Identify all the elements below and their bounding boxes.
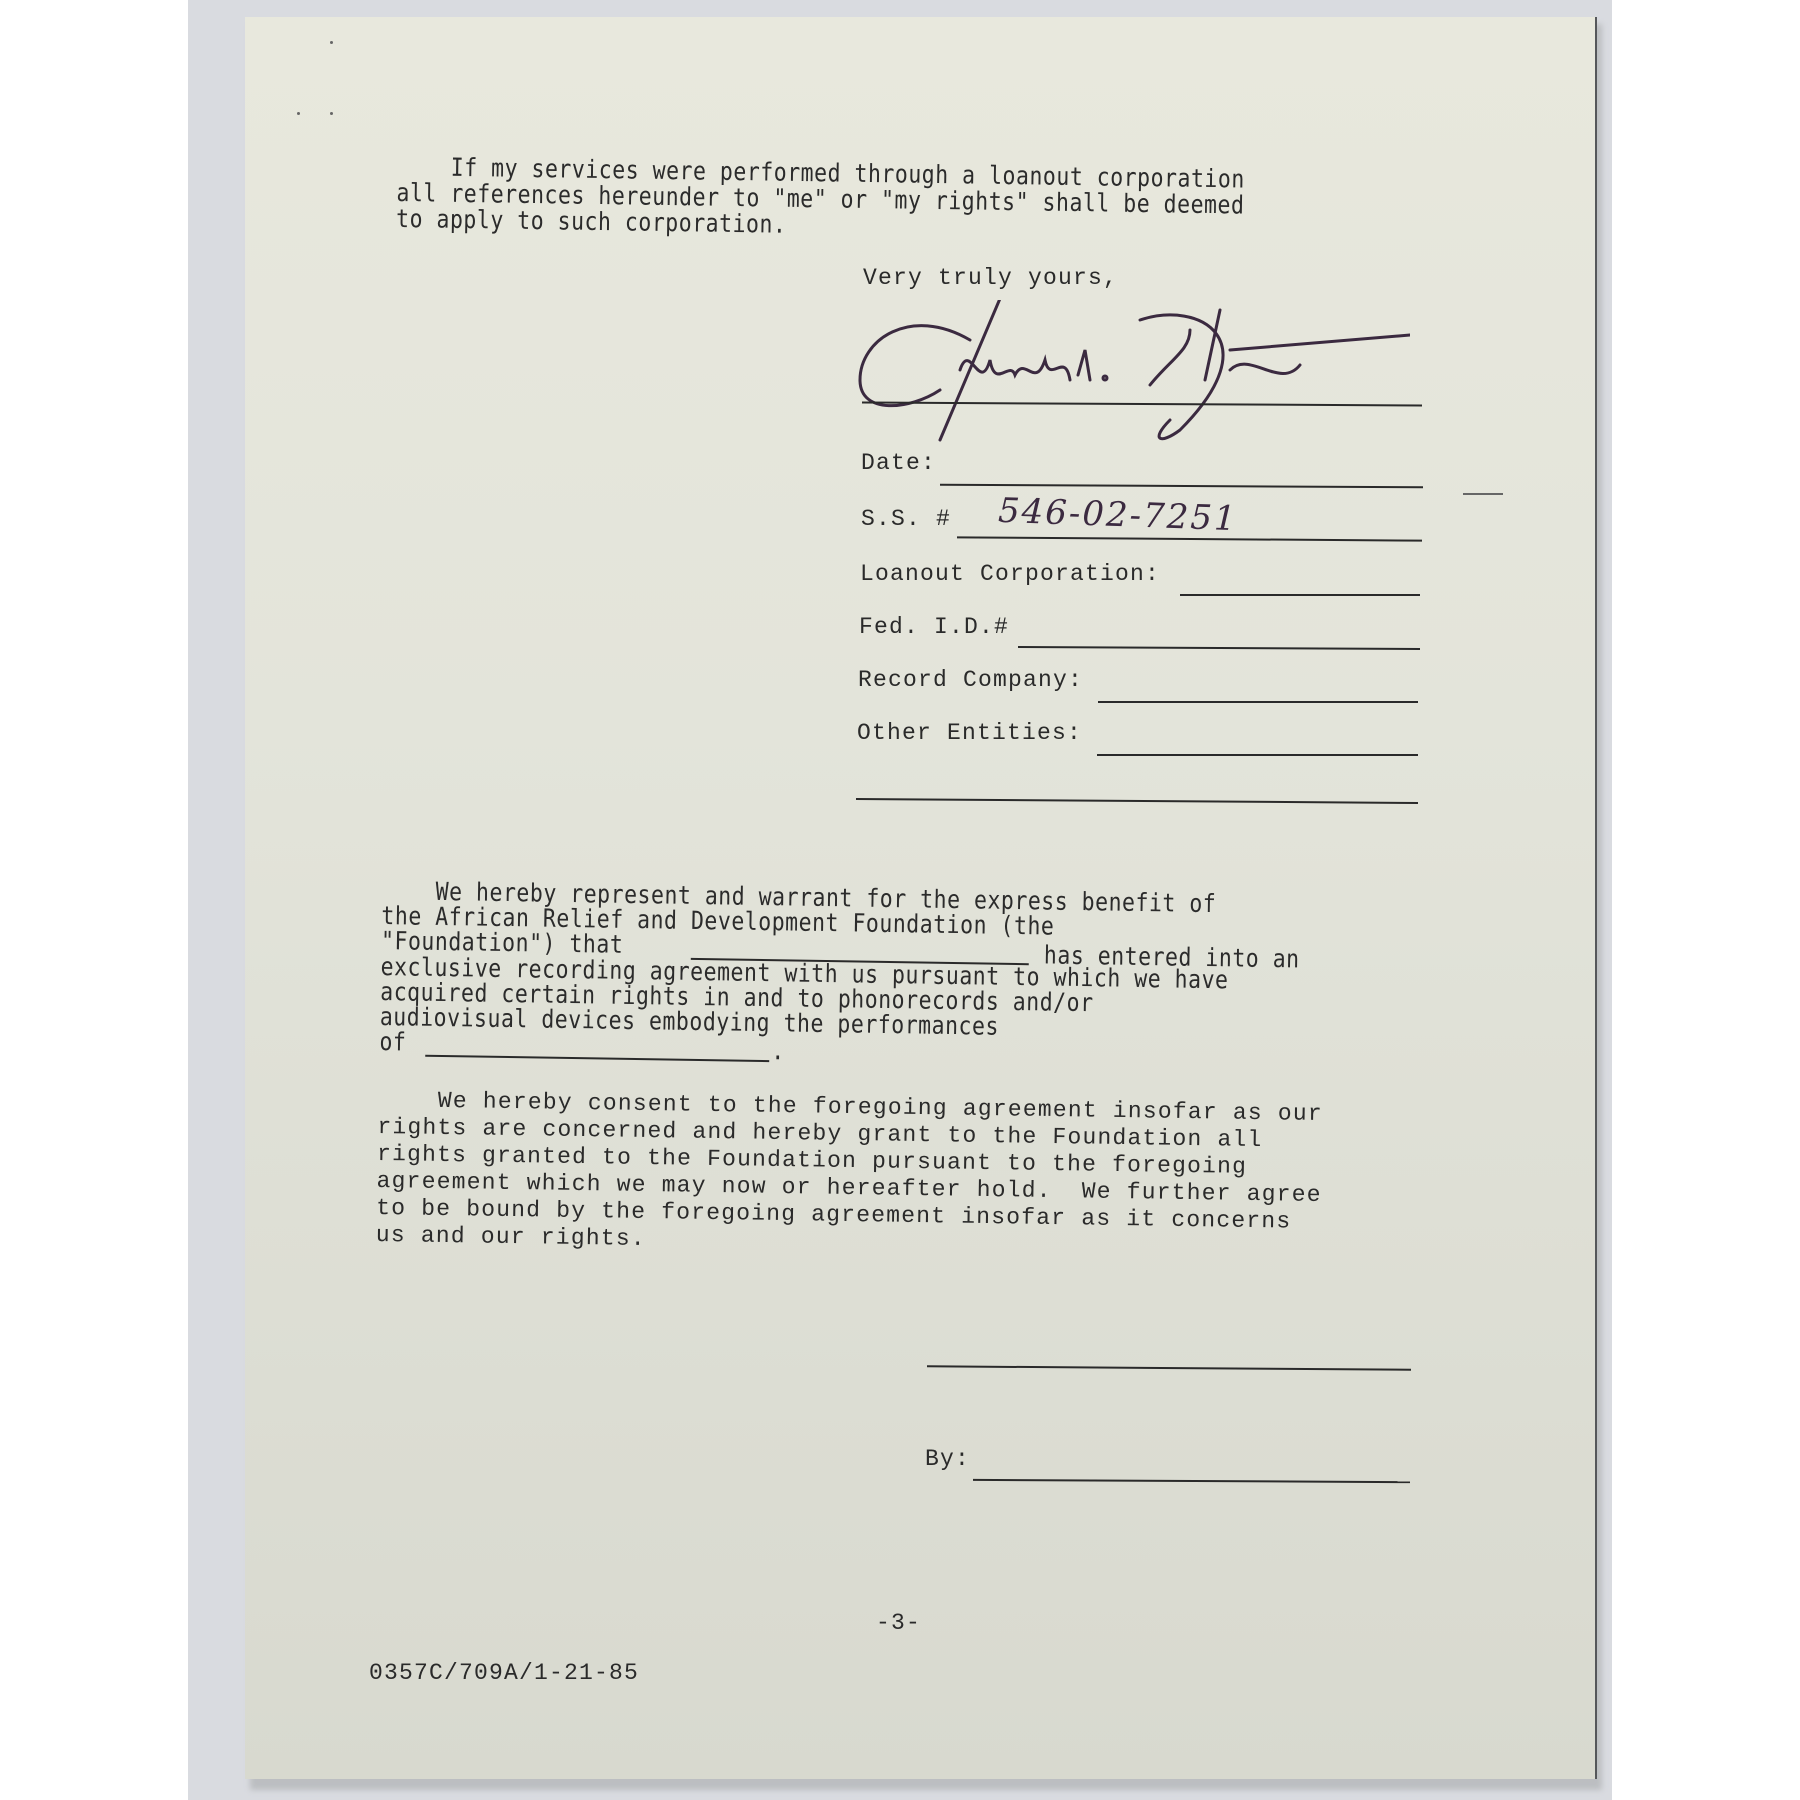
page-number: -3- xyxy=(876,1610,921,1636)
paragraph-line: us and our rights. xyxy=(376,1222,646,1252)
other-entities-label: Other Entities: xyxy=(857,720,1082,746)
paper-speck xyxy=(297,112,300,115)
fed-id-label: Fed. I.D.# xyxy=(859,614,1009,640)
ss-label: S.S. # xyxy=(861,506,951,532)
other-entities-field[interactable] xyxy=(1097,754,1418,756)
record-company-label: Record Company: xyxy=(858,667,1083,693)
date-label: Date: xyxy=(861,450,936,476)
signature xyxy=(850,300,1410,450)
paragraph-period: . xyxy=(771,1036,785,1065)
closing-text: Very truly yours, xyxy=(863,265,1118,291)
by-label: By: xyxy=(925,1446,970,1472)
record-company-field[interactable] xyxy=(1098,701,1418,703)
loanout-corporation-label: Loanout Corporation: xyxy=(860,561,1160,587)
document-code: 0357C/709A/1-21-85 xyxy=(369,1660,639,1686)
paper-mark xyxy=(1463,493,1503,495)
paper-speck xyxy=(330,41,333,44)
ss-value: 546-02-7251 xyxy=(997,491,1238,539)
paragraph-line: to apply to such corporation. xyxy=(396,204,787,239)
loanout-corporation-field[interactable] xyxy=(1180,594,1420,596)
paper-speck xyxy=(330,112,333,115)
paragraph-line: of xyxy=(379,1027,406,1056)
